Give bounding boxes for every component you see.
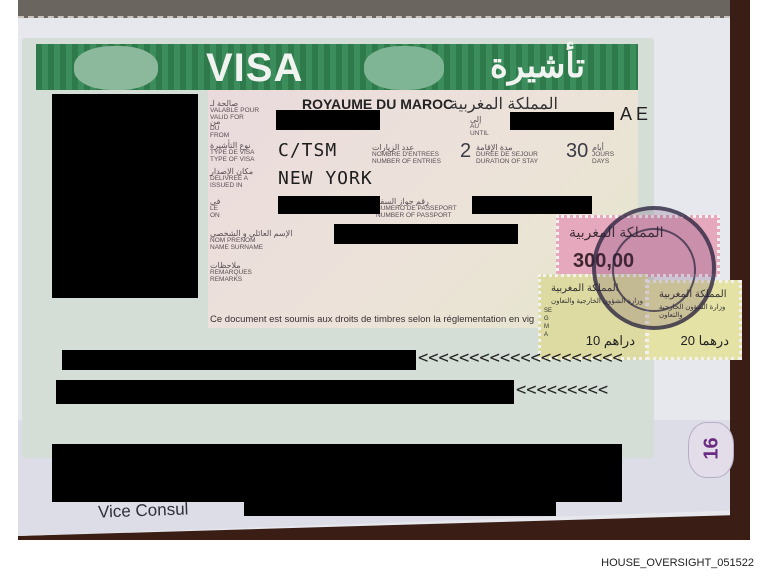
bates-number: HOUSE_OVERSIGHT_051522 (601, 557, 754, 569)
redacted-valid-for (276, 110, 380, 130)
value-type-of-visa: C/TSM (278, 140, 337, 161)
label-issued-in: مكان الإصدار DELIVREE A ISSUED IN (210, 168, 253, 189)
tax-notice: Ce document est soumis aux droits de tim… (210, 314, 534, 325)
redacted-issue-date (278, 196, 380, 214)
issuer-name-arabic: المملكة المغربية (450, 94, 558, 114)
redacted-photo (52, 94, 198, 298)
mrz-line-1-filler: <<<<<<<<<<<<<<<<<<<< (418, 348, 623, 368)
value-issued-in: NEW YORK (278, 168, 373, 189)
redacted-passport-number (472, 196, 592, 214)
label-until: إلى AU UNTIL (470, 116, 489, 137)
label-name: الإسم العائلي و الشخصي NOM PRENOM NAME S… (210, 230, 292, 251)
redacted-mrz-line-1 (62, 350, 416, 370)
hologram-oval-center (364, 46, 444, 90)
label-duration: مدة الإقامة DUREE DE SEJOUR DURATION OF … (476, 144, 538, 165)
label-entries: عدد الزيارات NOMBRE D'ENTREES NUMBER OF … (372, 144, 441, 165)
redacted-signature (52, 444, 622, 502)
redacted-until (510, 112, 614, 130)
visa-title-arabic: تأشيرة (490, 46, 585, 86)
redacted-mrz-line-2 (56, 380, 514, 404)
passport-cover-edge (18, 0, 730, 18)
redacted-name (334, 224, 518, 244)
value-entries: 2 (460, 140, 471, 163)
page-number-badge: 16 (688, 422, 734, 478)
redacted-signature-name (244, 500, 556, 516)
page-number: 16 (701, 437, 724, 459)
label-passport-number: رقم جواز السفر NUMERO DE PASSEPORT NUMBE… (376, 198, 457, 219)
label-type-of-visa: نوع التأشيرة TYPE DE VISA TYPE OF VISA (210, 142, 254, 163)
label-remarks: ملاحظات REMARQUES REMARKS (210, 262, 252, 283)
signature-title: Vice Consul (98, 499, 189, 522)
value-duration: 30 (566, 140, 588, 163)
visa-code-suffix: AE (620, 104, 652, 125)
label-duration-unit: أيام JOURS DAYS (592, 144, 614, 165)
consular-seal-inner-ring (612, 228, 696, 312)
hologram-oval-left (74, 46, 158, 90)
mrz-line-2-filler: <<<<<<<<< (516, 380, 608, 400)
label-from: من DU FROM (210, 118, 229, 139)
visa-title: VISA (206, 46, 303, 91)
label-on: في LE ON (210, 198, 221, 219)
